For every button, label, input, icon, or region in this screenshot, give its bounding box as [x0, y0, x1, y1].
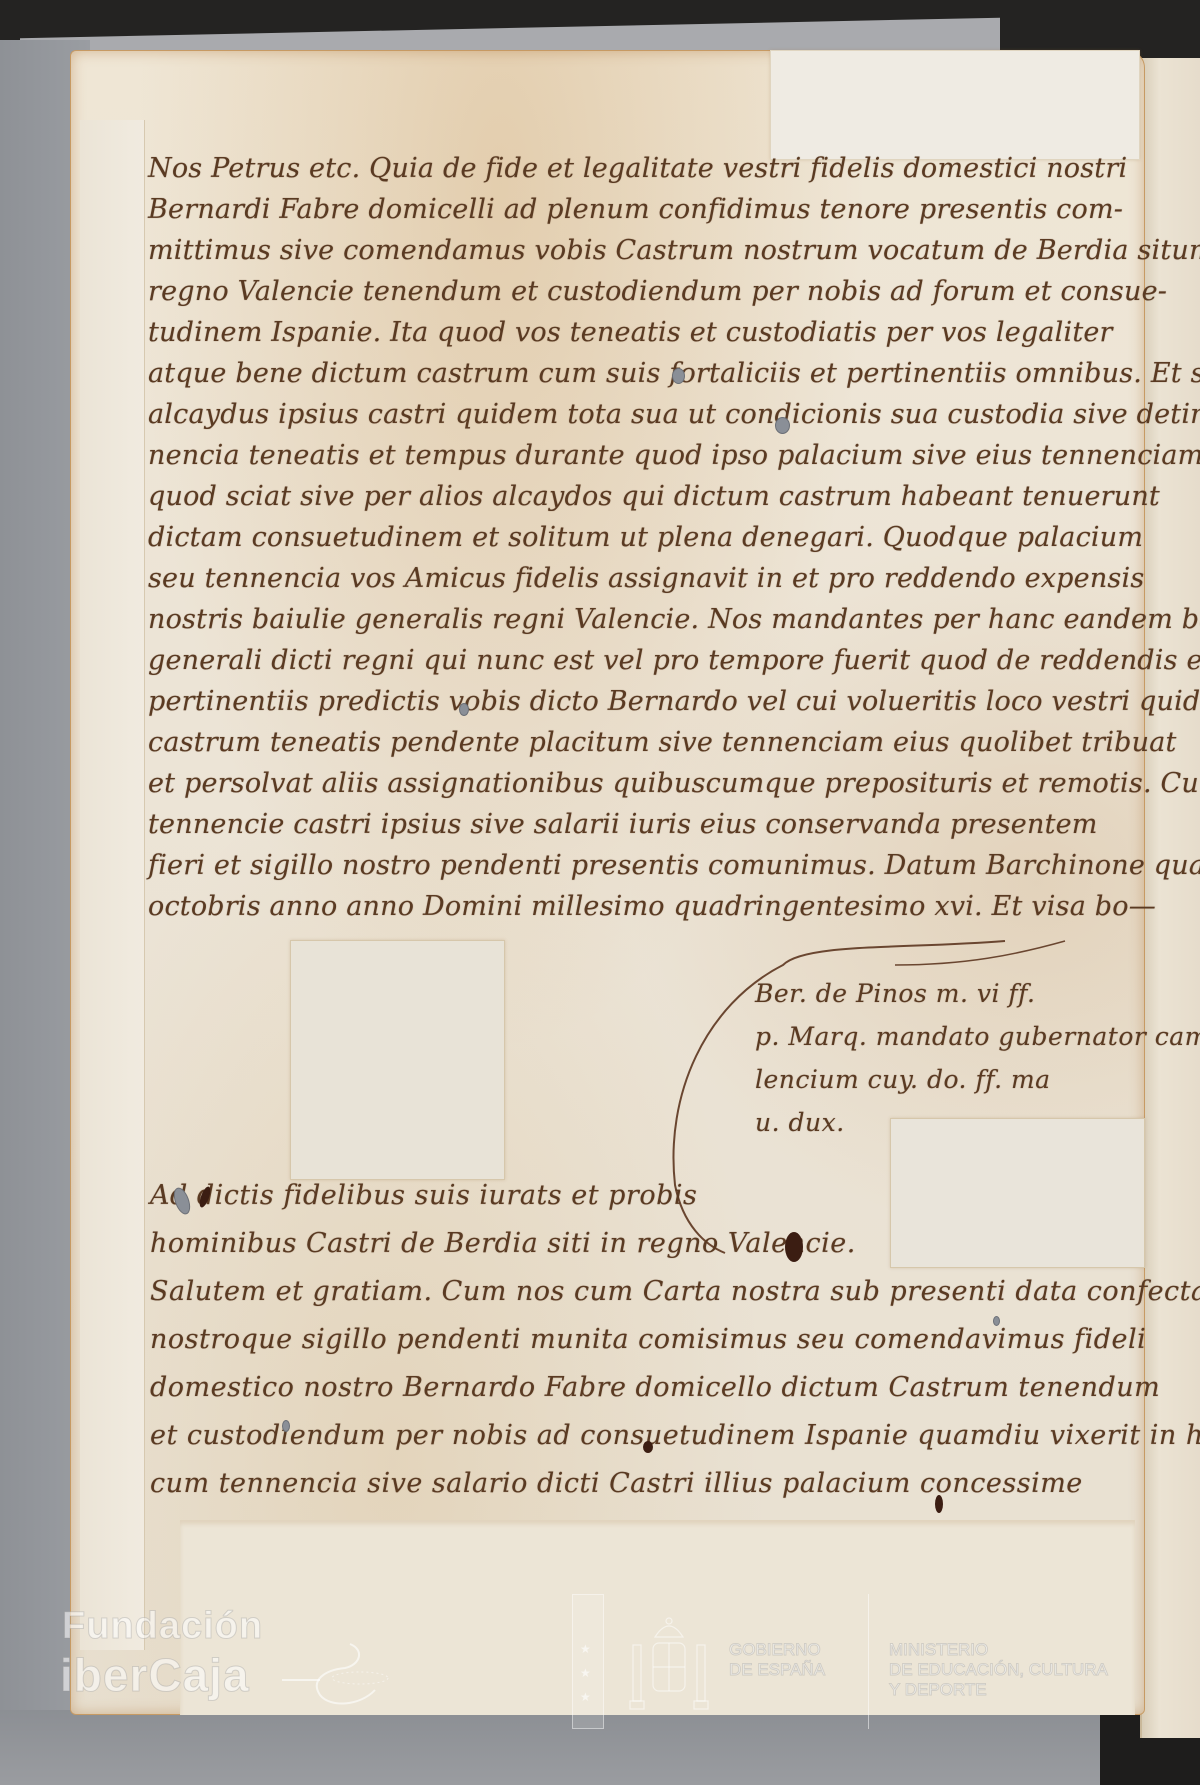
watermark-fundacion-text: Fundación	[62, 1605, 263, 1648]
text-line: tennencie castri ipsius sive salarii iur…	[148, 804, 1078, 845]
text-line: regno Valencie tenendum et custodiendum …	[148, 271, 1078, 312]
text-line: atque bene dictum castrum cum suis forta…	[148, 353, 1078, 394]
text-line: quod sciat sive per alios alcaydos qui d…	[148, 476, 1078, 517]
ink-blot	[785, 1232, 803, 1262]
note-line: p. Marq. mandato gubernator cam	[755, 1015, 1200, 1058]
star-icon: ★	[580, 1690, 591, 1704]
text-line: hominibus Castri de Berdia siti in regno…	[150, 1220, 1090, 1268]
star-icon: ★	[580, 1666, 591, 1680]
star-icon: ★	[580, 1642, 591, 1656]
text-line: Nos Petrus etc. Quia de fide et legalita…	[148, 148, 1078, 189]
coat-of-arms-icon	[625, 1615, 713, 1715]
watermark-divider	[868, 1594, 869, 1729]
text-line: octobris anno anno Domini millesimo quad…	[148, 886, 1078, 927]
text-line: tudinem Ispanie. Ita quod vos teneatis e…	[148, 312, 1078, 353]
worm-hole	[282, 1420, 290, 1432]
text-line: mittimus sive comendamus vobis Castrum n…	[148, 230, 1078, 271]
watermark-ministerio: MINISTERIO DE EDUCACIÓN, CULTURA Y DEPOR…	[889, 1640, 1108, 1700]
text-line: pertinentiis predictis vobis dicto Berna…	[148, 681, 1078, 722]
lower-letter-text: Ad dictis fidelibus suis iurats et probi…	[150, 1172, 1090, 1508]
text-line: nencia teneatis et tempus durante quod i…	[148, 435, 1078, 476]
ink-blot	[643, 1441, 653, 1453]
text-line: et custodiendum per nobis ad consuetudin…	[150, 1412, 1090, 1460]
text-line: nostris baiulie generalis regni Valencie…	[148, 599, 1078, 640]
repair-strip-left	[80, 120, 145, 1650]
watermark-ibercaja-text: iberCaja	[60, 1648, 250, 1702]
ibercaja-logo-icon	[280, 1640, 390, 1710]
note-line: lencium cuy. do. ff. ma	[755, 1058, 1200, 1101]
text-line: domestico nostro Bernardo Fabre domicell…	[150, 1364, 1090, 1412]
ink-blot	[935, 1495, 943, 1513]
text-line: castrum teneatis pendente placitum sive …	[148, 722, 1078, 763]
worm-hole	[672, 368, 685, 384]
spain-flag-bar	[572, 1594, 604, 1729]
text-line: cum tennencia sive salario dicti Castri …	[150, 1460, 1090, 1508]
text-line: fieri et sigillo nostro pendenti present…	[148, 845, 1078, 886]
text-line: et persolvat aliis assignationibus quibu…	[148, 763, 1078, 804]
text-line: dictam consuetudinem et solitum ut plena…	[148, 517, 1078, 558]
text-line: seu tennencia vos Amicus fidelis assigna…	[148, 558, 1078, 599]
text-line: Ad dictis fidelibus suis iurats et probi…	[150, 1172, 1090, 1220]
text-line: Bernardi Fabre domicelli ad plenum confi…	[148, 189, 1078, 230]
text-line: alcaydus ipsius castri quidem tota sua u…	[148, 394, 1078, 435]
worm-hole	[775, 417, 790, 434]
repair-patch-middle	[290, 940, 505, 1180]
text-line: Salutem et gratiam. Cum nos cum Carta no…	[150, 1268, 1090, 1316]
watermark-gobierno: GOBIERNO DE ESPAÑA	[729, 1640, 825, 1680]
main-charter-text: Nos Petrus etc. Quia de fide et legalita…	[148, 148, 1078, 927]
repair-patch-top-right	[770, 50, 1140, 160]
worm-hole	[459, 703, 469, 716]
worm-hole	[993, 1316, 1000, 1326]
text-line: generali dicti regni qui nunc est vel pr…	[148, 640, 1078, 681]
text-line: nostroque sigillo pendenti munita comisi…	[150, 1316, 1090, 1364]
marginal-note: Ber. de Pinos m. vi ff. p. Marq. mandato…	[755, 972, 1200, 1144]
note-line: Ber. de Pinos m. vi ff.	[755, 972, 1200, 1015]
note-line: u. dux.	[755, 1101, 1200, 1144]
